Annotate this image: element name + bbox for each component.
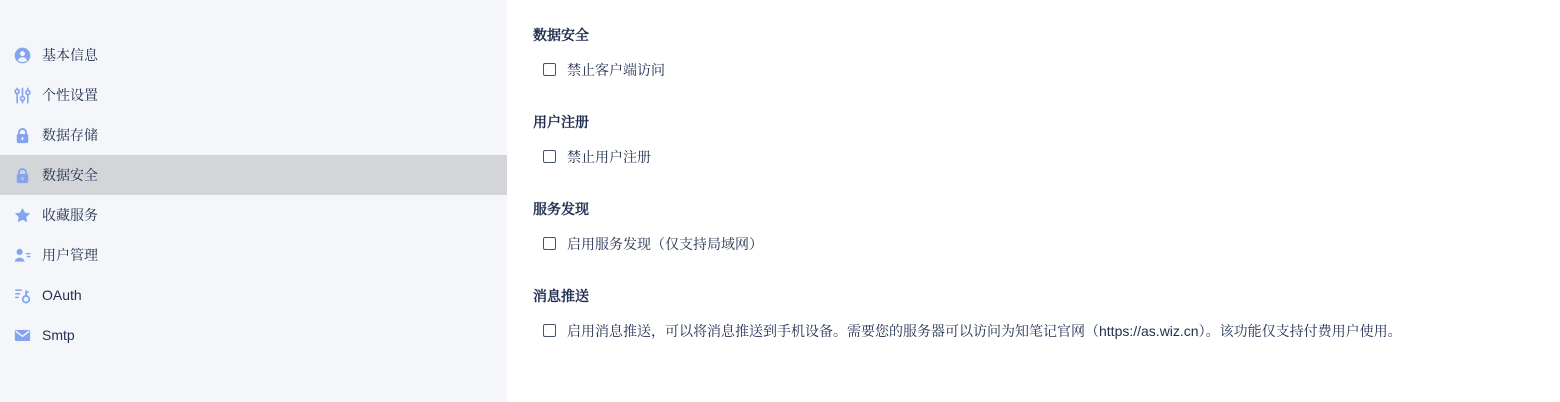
sidebar-item-label: 基本信息 — [42, 45, 98, 65]
sidebar-item-label: Smtp — [42, 327, 75, 343]
envelope-icon — [14, 327, 31, 344]
checkbox-label: 启用服务发现（仅支持局域网） — [567, 236, 763, 252]
sliders-icon — [14, 87, 31, 104]
section-message-push: 消息推送 启用消息推送，可以将消息推送到手机设备。需要您的服务器可以访问为知笔记… — [533, 288, 1540, 339]
checkbox-label: 启用消息推送，可以将消息推送到手机设备。需要您的服务器可以访问为知笔记官网（ht… — [567, 323, 1402, 339]
checkbox-enable-service-discovery[interactable] — [543, 237, 556, 250]
sidebar-item-oauth[interactable]: OAuth — [0, 275, 507, 315]
sidebar-item-favorites-service[interactable]: 收藏服务 — [0, 195, 507, 235]
checkbox-disable-client-access[interactable] — [543, 63, 556, 76]
checkbox-label: 禁止客户端访问 — [567, 62, 665, 78]
sidebar-item-label: 数据存储 — [42, 125, 98, 145]
sidebar-item-label: 收藏服务 — [42, 205, 98, 225]
sidebar-item-basic-info[interactable]: 基本信息 — [0, 35, 507, 75]
sidebar-item-smtp[interactable]: Smtp — [0, 315, 507, 355]
checkbox-row-disable-user-registration[interactable]: 禁止用户注册 — [533, 149, 1540, 165]
sidebar-item-user-management[interactable]: 用户管理 — [0, 235, 507, 275]
section-title: 服务发现 — [533, 201, 1540, 217]
section-title: 用户注册 — [533, 114, 1540, 130]
section-service-discovery: 服务发现 启用服务发现（仅支持局域网） — [533, 201, 1540, 252]
section-title: 消息推送 — [533, 288, 1540, 304]
user-circle-icon — [14, 47, 31, 64]
checkbox-enable-message-push[interactable] — [543, 324, 556, 337]
sidebar-item-label: 用户管理 — [42, 245, 98, 265]
checkbox-row-enable-message-push[interactable]: 启用消息推送，可以将消息推送到手机设备。需要您的服务器可以访问为知笔记官网（ht… — [533, 323, 1540, 339]
user-manage-icon — [14, 247, 31, 264]
checkbox-disable-user-registration[interactable] — [543, 150, 556, 163]
sidebar-item-data-security[interactable]: 数据安全 — [0, 155, 507, 195]
section-title: 数据安全 — [533, 27, 1540, 43]
lock-icon — [14, 167, 31, 184]
settings-panel: 数据安全 禁止客户端访问 用户注册 禁止用户注册 服务发现 启用服务发现（仅支持… — [507, 0, 1560, 402]
sidebar-item-data-storage[interactable]: 数据存储 — [0, 115, 507, 155]
section-user-registration: 用户注册 禁止用户注册 — [533, 114, 1540, 165]
sidebar-item-label: OAuth — [42, 287, 82, 303]
checkbox-row-disable-client-access[interactable]: 禁止客户端访问 — [533, 62, 1540, 78]
sidebar-item-personalization[interactable]: 个性设置 — [0, 75, 507, 115]
oauth-key-icon — [14, 287, 31, 304]
checkbox-row-enable-service-discovery[interactable]: 启用服务发现（仅支持局域网） — [533, 236, 1540, 252]
checkbox-label: 禁止用户注册 — [567, 149, 651, 165]
lock-icon — [14, 127, 31, 144]
star-icon — [14, 207, 31, 224]
sidebar-item-label: 数据安全 — [42, 165, 98, 185]
sidebar-item-label: 个性设置 — [42, 85, 98, 105]
section-data-security: 数据安全 禁止客户端访问 — [533, 27, 1540, 78]
settings-sidebar: 基本信息 个性设置 数据存储 数据安全 收藏服务 用户管理 OA — [0, 0, 507, 402]
